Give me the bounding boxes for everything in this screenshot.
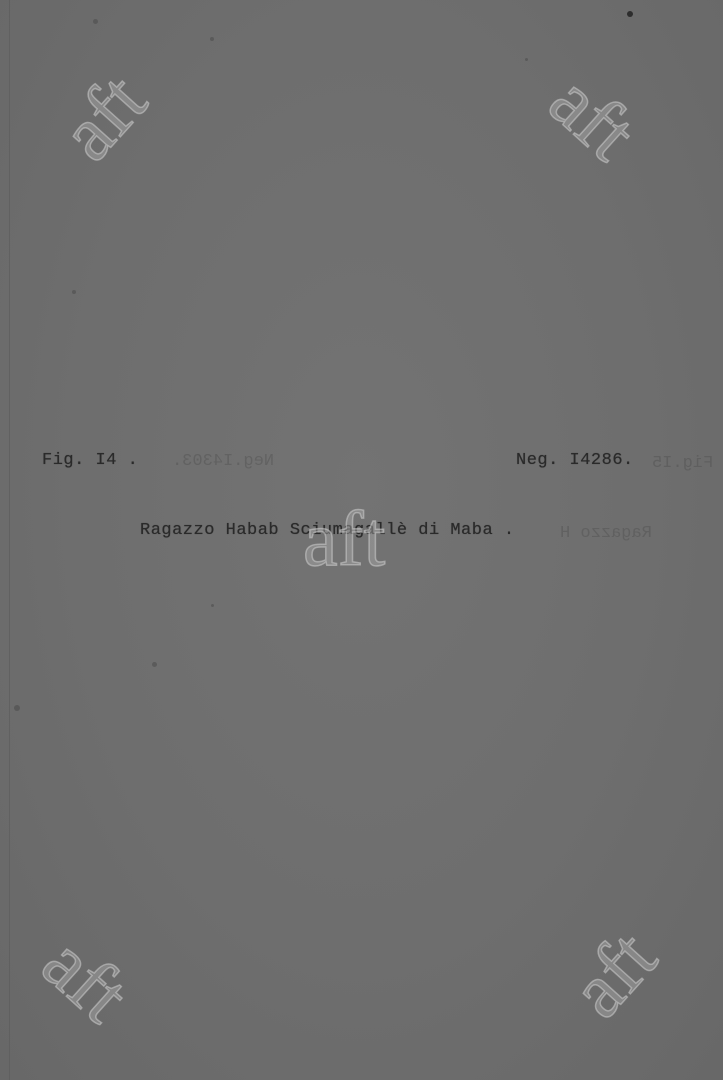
watermark-logo: aft: [303, 500, 385, 578]
dust-speck: [72, 290, 76, 294]
watermark-logo: aft: [47, 60, 160, 173]
negative-number: Neg. I4286.: [516, 451, 634, 470]
watermark-logo: aft: [557, 917, 670, 1030]
dust-speck: [14, 705, 20, 711]
watermark-logo: aft: [29, 922, 142, 1035]
page-edge-line: [9, 0, 10, 1080]
dust-speck: [627, 11, 633, 17]
dust-speck: [211, 604, 214, 607]
dust-speck: [152, 662, 157, 667]
dust-speck: [525, 58, 528, 61]
dust-speck: [93, 19, 98, 24]
dust-speck: [210, 37, 214, 41]
figure-label: Fig. I4 .: [42, 451, 138, 470]
watermark-logo: aft: [536, 60, 649, 173]
bleed-through-text: Neg.I4303.: [172, 452, 274, 471]
bleed-through-text: Ragazzo H: [560, 524, 652, 543]
scanned-page: Neg.I4303. Fig.I5 Ragazzo H Fig. I4 . Ne…: [0, 0, 723, 1080]
bleed-through-text: Fig.I5: [652, 454, 713, 473]
